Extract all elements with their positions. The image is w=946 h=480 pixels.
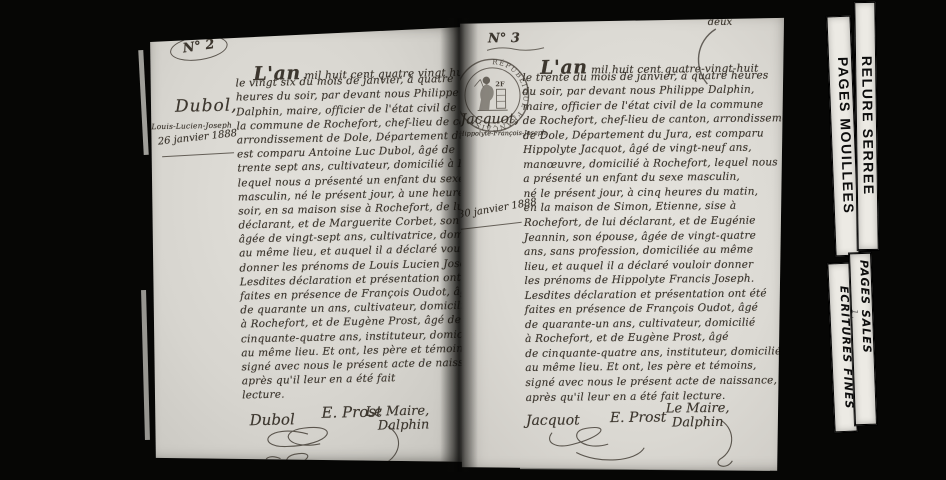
act-body-text-right: L'an mil huit cent quatre-vingt-huitle t…: [522, 54, 776, 406]
margin-date-left: 26 janvier 1888: [157, 128, 237, 148]
act-number-right: N° 3: [488, 31, 520, 46]
act-number-underline-squiggle: [486, 45, 546, 54]
page-edge-sliver: [141, 290, 150, 440]
signature-paraph-flourish: [246, 418, 417, 480]
scanned-register-spread: N° 2 Dubol, Louis-Lucien-Joseph 26 janvi…: [0, 0, 946, 480]
act-number-left: N° 2: [168, 32, 229, 64]
label-text: PAGES SALES 1.: [850, 260, 873, 354]
act-body-text-left: L'an mil huit cent quatre vingt huitle v…: [235, 59, 474, 404]
condition-label-relure-serree: RELURE SERREE: [854, 2, 878, 250]
margin-surname-left: Dubol,: [175, 95, 238, 116]
page-edge-sliver: [138, 50, 148, 155]
svg-text:2F: 2F: [495, 80, 505, 88]
register-right-page: N° 3 deux RÉPUBLIQUE FRANÇAISE: [458, 16, 786, 474]
margin-underline: [460, 222, 522, 230]
register-left-page: N° 2 Dubol, Louis-Lucien-Joseph 26 janvi…: [146, 24, 464, 464]
signature-paraph-flourish: [546, 417, 747, 477]
margin-surname-right: Jacquot,: [461, 111, 519, 128]
margin-underline: [162, 152, 234, 157]
label-text: RELURE SERREE: [856, 56, 877, 196]
condition-label-pages-sales: PAGES SALES 1.: [849, 253, 877, 426]
label-text: PAGES MOUILLEES: [829, 57, 857, 215]
text-line: après qu'il leur en a été fait lecture.: [526, 389, 776, 406]
